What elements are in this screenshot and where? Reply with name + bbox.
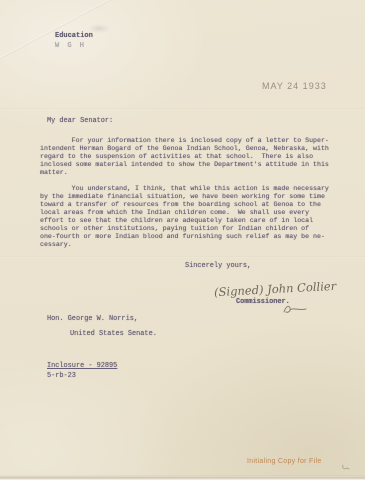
- pencil-check-mark: [341, 463, 351, 471]
- office-division-label: Education: [55, 32, 93, 40]
- enclosure-note: Inclosure - 92895: [47, 362, 117, 370]
- body-paragraph-1: For your information there is inclosed c…: [40, 137, 329, 177]
- closing-line: Sincerely yours,: [185, 262, 251, 270]
- file-copy-stamp: Initialing Copy for File: [247, 458, 322, 465]
- pencil-initial-mark: [282, 303, 308, 315]
- reference-code: 5-rb-23: [47, 372, 76, 380]
- body-paragraph-2: You understand, I think, that while this…: [40, 185, 329, 249]
- recipient-name: Hon. George W. Norris,: [47, 315, 138, 323]
- salutation: My dear Senator:: [47, 117, 113, 125]
- paper-bottom-edge: [0, 475, 365, 480]
- recipient-organization: United States Senate.: [70, 330, 157, 338]
- office-initials: W G H: [55, 42, 86, 50]
- date-received-stamp: MAY 24 1933: [262, 81, 327, 92]
- letter-scan: Education W G H MAY 24 1933 My dear Sena…: [0, 0, 365, 480]
